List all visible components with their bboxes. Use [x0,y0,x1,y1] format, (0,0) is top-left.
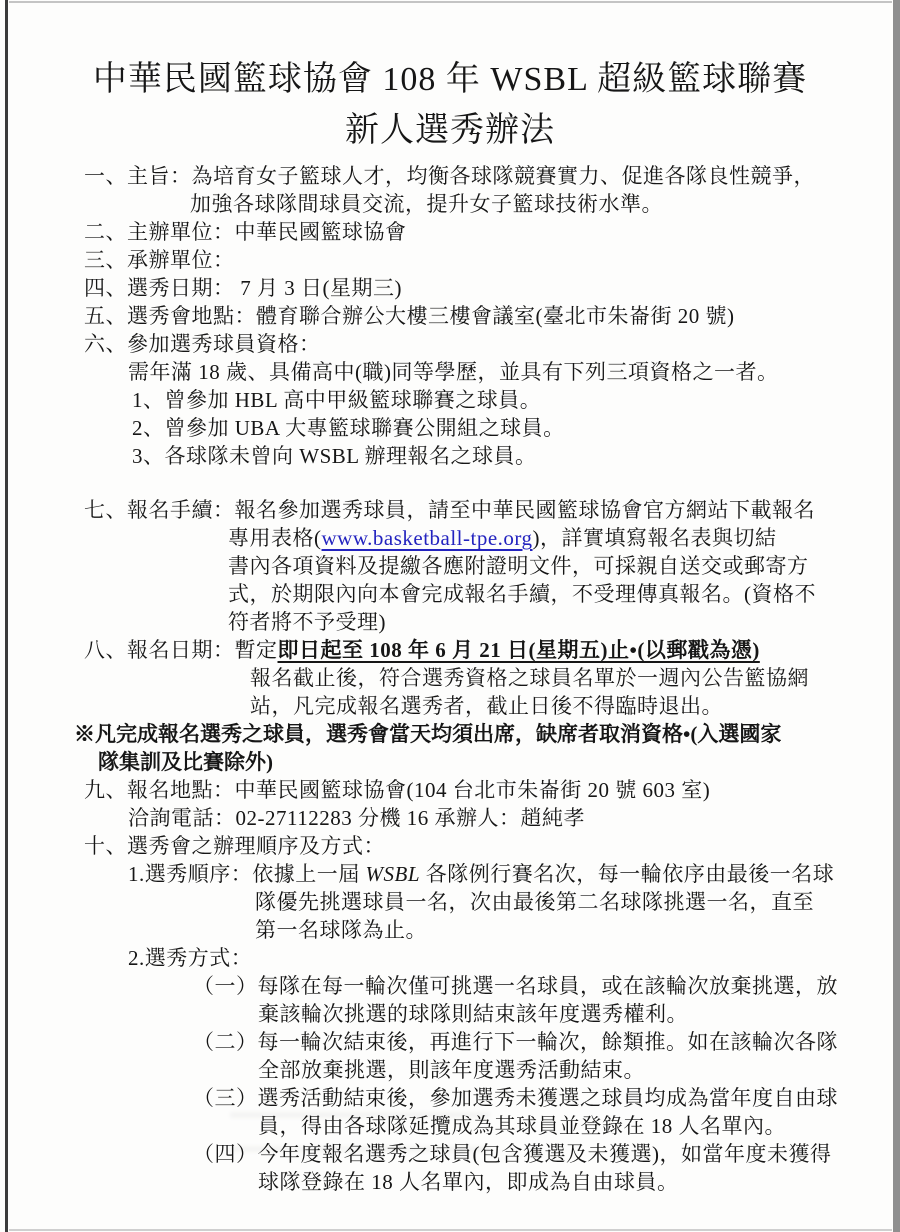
scan-edge-left [5,0,8,1232]
doc-line: 加強各球隊間球員交流，提升女子籃球技術水準。 [0,190,900,218]
text-segment: 八、報名日期：暫定 [84,638,278,662]
text-segment: 加強各球隊間球員交流，提升女子籃球技術水準。 [190,192,663,216]
text-segment: 全部放棄挑選，則該年度選秀活動結束。 [258,1058,645,1082]
doc-line: 三、承辦單位： [0,246,900,274]
text-segment: ※凡完成報名選秀之球員，選秀會當天均須出席，缺席者取消資格•(入選國家 [74,722,781,746]
website-link[interactable]: www.basketball-tpe.org [322,526,533,550]
text-segment: WSBL [366,862,421,886]
doc-line: 第一名球隊為止。 [0,916,900,944]
doc-line: 1.選秀順序：依據上一屆 WSBL 各隊例行賽名次，每一輪依序由最後一名球 [0,860,900,888]
doc-line: 2、曾參加 UBA 大專籃球聯賽公開組之球員。 [0,414,900,442]
text-segment: （三）選秀活動結束後，參加選秀未獲選之球員均成為當年度自由球 [193,1086,838,1110]
text-segment: 符者將不予受理) [228,610,386,634]
text-segment: 四、選秀日期： 7 月 3 日(星期三) [84,276,402,300]
text-segment: 二、主辦單位：中華民國籃球協會 [84,220,407,244]
doc-line: （三）選秀活動結束後，參加選秀未獲選之球員均成為當年度自由球 [0,1084,900,1112]
text-segment: 1.選秀順序：依據上一屆 [128,862,366,886]
text-segment: 即日起至 108 年 6 月 21 日(星期五)止•(以郵戳為憑) [278,638,760,662]
text-segment: 第一名球隊為止。 [255,918,427,942]
text-segment: 一、主旨：為培育女子籃球人才，均衡各球隊競賽實力、促進各隊良性競爭， [84,164,815,188]
blank-line [0,470,900,496]
text-segment: （二）每一輪次結束後，再進行下一輪次，餘類推。如在該輪次各隊 [193,1030,838,1054]
text-segment: 洽詢電話：02-27112283 分機 16 承辦人：趙純孝 [128,806,585,830]
text-segment: 2、曾參加 UBA 大專籃球聯賽公開組之球員。 [132,416,565,440]
doc-line: （一）每隊在每一輪次僅可挑選一名球員，或在該輪次放棄挑選，放 [0,972,900,1000]
doc-line: 專用表格(www.basketball-tpe.org)，詳實填寫報名表與切結 [0,524,900,552]
doc-line: 九、報名地點：中華民國籃球協會(104 台北市朱崙街 20 號 603 室) [0,776,900,804]
text-segment: 十、選秀會之辦理順序及方式： [84,834,385,858]
scan-edge-right [893,0,900,1232]
text-segment: 需年滿 18 歲、具備高中(職)同等學歷，並具有下列三項資格之一者。 [128,360,778,384]
text-segment: 隊集訓及比賽除外) [98,750,273,774]
doc-line: 七、報名手續：報名參加選秀球員，請至中華民國籃球協會官方網站下載報名 [0,496,900,524]
text-segment: （一）每隊在每一輪次僅可挑選一名球員，或在該輪次放棄挑選，放 [193,974,838,998]
doc-line: 式，於期限內向本會完成報名手續，不受理傳真報名。(資格不 [0,580,900,608]
text-segment: 五、選秀會地點：體育聯合辦公大樓三樓會議室(臺北市朱崙街 20 號) [84,304,734,328]
text-segment: 3、各球隊未曾向 WSBL 辦理報名之球員。 [132,444,537,468]
text-segment: 各隊例行賽名次，每一輪依序由最後一名球 [420,862,834,886]
doc-line: 五、選秀會地點：體育聯合辦公大樓三樓會議室(臺北市朱崙街 20 號) [0,302,900,330]
doc-line: 四、選秀日期： 7 月 3 日(星期三) [0,274,900,302]
text-segment: 書內各項資料及提繳各應附證明文件，可採親自送交或郵寄方 [228,554,809,578]
doc-line: 站，凡完成報名選秀者，截止日後不得臨時退出。 [0,692,900,720]
text-segment: 1、曾參加 HBL 高中甲級籃球聯賽之球員。 [132,388,541,412]
doc-line: 2.選秀方式： [0,944,900,972]
doc-line: ※凡完成報名選秀之球員，選秀會當天均須出席，缺席者取消資格•(入選國家 [0,720,900,748]
doc-line: 隊集訓及比賽除外) [0,748,900,776]
text-segment: 七、報名手續：報名參加選秀球員，請至中華民國籃球協會官方網站下載報名 [84,498,815,522]
text-segment: 三、承辦單位： [84,248,235,272]
document-title: 中華民國籃球協會 108 年 WSBL 超級籃球聯賽 新人選秀辦法 [0,0,900,156]
scan-edge-bottom [9,1229,892,1231]
doc-line: 書內各項資料及提繳各應附證明文件，可採親自送交或郵寄方 [0,552,900,580]
scan-edge-top [9,1,892,3]
text-segment: 2.選秀方式： [128,946,252,970]
document-title-line1: 中華民國籃球協會 108 年 WSBL 超級籃球聯賽 [0,54,900,105]
text-segment: 隊優先挑選球員一名，次由最後第二名球隊挑選一名，直至 [255,890,814,914]
text-segment: 站，凡完成報名選秀者，截止日後不得臨時退出。 [250,694,723,718]
doc-line: 六、參加選秀球員資格： [0,330,900,358]
doc-line: 需年滿 18 歲、具備高中(職)同等學歷，並具有下列三項資格之一者。 [0,358,900,386]
text-segment: )，詳實填寫報名表與切結 [533,526,777,550]
text-segment: 六、參加選秀球員資格： [84,332,321,356]
text-segment: 棄該輪次挑選的球隊則結束該年度選秀權利。 [258,1002,688,1026]
doc-line: 報名截止後，符合選秀資格之球員名單於一週內公告籃協網 [0,664,900,692]
text-segment: 式，於期限內向本會完成報名手續，不受理傳真報名。(資格不 [228,582,816,606]
doc-line: 符者將不予受理) [0,608,900,636]
doc-line: 二、主辦單位：中華民國籃球協會 [0,218,900,246]
scanned-document-page: 中華民國籃球協會 108 年 WSBL 超級籃球聯賽 新人選秀辦法 一、主旨：為… [0,0,900,1232]
doc-line: 一、主旨：為培育女子籃球人才，均衡各球隊競賽實力、促進各隊良性競爭， [0,162,900,190]
doc-line: 1、曾參加 HBL 高中甲級籃球聯賽之球員。 [0,386,900,414]
doc-line: 八、報名日期：暫定即日起至 108 年 6 月 21 日(星期五)止•(以郵戳為… [0,636,900,664]
text-segment: 報名截止後，符合選秀資格之球員名單於一週內公告籃協網 [250,666,809,690]
doc-line: 洽詢電話：02-27112283 分機 16 承辦人：趙純孝 [0,804,900,832]
doc-line: 全部放棄挑選，則該年度選秀活動結束。 [0,1056,900,1084]
text-segment: 專用表格( [228,526,322,550]
text-segment: 九、報名地點：中華民國籃球協會(104 台北市朱崙街 20 號 603 室) [84,778,710,802]
doc-line: 3、各球隊未曾向 WSBL 辦理報名之球員。 [0,442,900,470]
document-body: 一、主旨：為培育女子籃球人才，均衡各球隊競賽實力、促進各隊良性競爭，加強各球隊間… [0,156,900,1196]
doc-line: 十、選秀會之辦理順序及方式： [0,832,900,860]
doc-line: 隊優先挑選球員一名，次由最後第二名球隊挑選一名，直至 [0,888,900,916]
doc-line: 棄該輪次挑選的球隊則結束該年度選秀權利。 [0,1000,900,1028]
doc-line: （二）每一輪次結束後，再進行下一輪次，餘類推。如在該輪次各隊 [0,1028,900,1056]
bleed-through-ghosting [230,1112,490,1192]
document-title-line2: 新人選秀辦法 [0,105,900,156]
